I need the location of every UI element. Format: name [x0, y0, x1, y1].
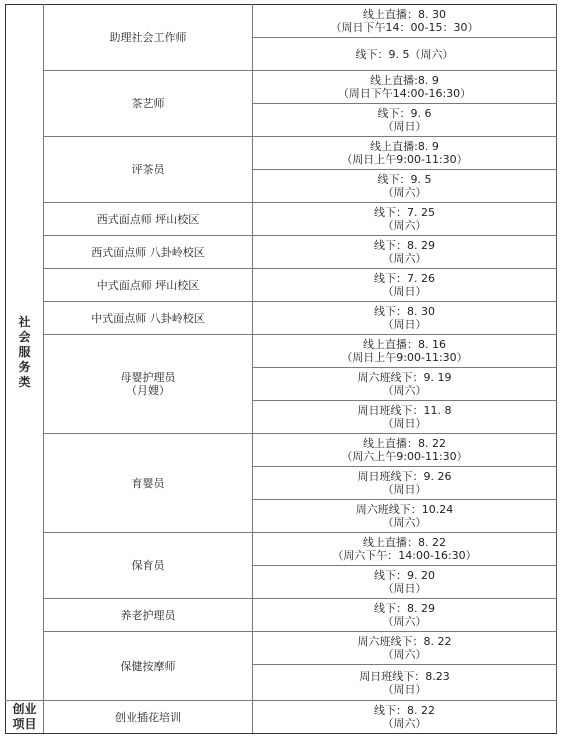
course-name: 保健按摩师 — [121, 660, 176, 673]
course-name-cell: 茶艺师 — [44, 71, 253, 137]
course-name-cell: 中式面点师 坪山校区 — [44, 269, 253, 302]
session-day: （周六） — [253, 516, 556, 529]
session-date: 周六班线下：10.24 — [253, 503, 556, 516]
session-time: （周六上午9:00-11:30） — [253, 450, 556, 463]
session-time: （周日上午9:00-11:30） — [253, 153, 556, 166]
session-time: （周日上午9:00-11:30） — [253, 351, 556, 364]
course-name: 西式面点师 坪山校区 — [97, 213, 200, 226]
session-day: （周日） — [253, 683, 556, 696]
course-name: 育婴员 — [132, 477, 165, 490]
session-cell: 线下：8. 29（周六） — [253, 236, 557, 269]
course-name: 西式面点师 八卦岭校区 — [91, 246, 205, 259]
session-date: 线下：9. 5（周六） — [253, 48, 556, 61]
session-cell: 线下：8. 22（周六） — [253, 701, 557, 734]
session-date: 线上直播：8. 30 — [253, 8, 556, 21]
course-name: 中式面点师 八卦岭校区 — [91, 312, 205, 325]
table-row: 保健按摩师 周六班线下：8. 22（周六） — [6, 632, 557, 665]
course-name-cell: 养老护理员 — [44, 599, 253, 632]
session-time: （周日下午14:00-16:30） — [253, 87, 556, 100]
session-date: 周六班线下：8. 22 — [253, 635, 556, 648]
session-day: （周六） — [253, 219, 556, 232]
course-name: 创业插花培训 — [115, 711, 181, 724]
session-day: （周六） — [253, 717, 556, 730]
course-name-cell: 保育员 — [44, 533, 253, 599]
session-date: 线上直播：8. 22 — [253, 437, 556, 450]
session-date: 周六班线下：9. 19 — [253, 371, 556, 384]
course-name-cell: 西式面点师 坪山校区 — [44, 203, 253, 236]
table-row: 西式面点师 坪山校区 线下：7. 25（周六） — [6, 203, 557, 236]
session-cell: 线上直播：8. 30（周日下午14：00-15：30） — [253, 5, 557, 38]
session-cell: 线上直播:8. 9（周日上午9:00-11:30） — [253, 137, 557, 170]
course-name-cell: 育婴员 — [44, 434, 253, 533]
session-date: 线下：8. 29 — [253, 602, 556, 615]
session-day: （周六） — [253, 252, 556, 265]
category-cell-entrepreneurship: 创业项目 — [6, 701, 44, 734]
session-date: 周日班线下：9. 26 — [253, 470, 556, 483]
session-day: （周六） — [253, 186, 556, 199]
category-label: 社会服务类 — [18, 315, 32, 390]
course-name: 母婴护理员 — [44, 371, 252, 384]
session-cell: 线下：8. 29（周六） — [253, 599, 557, 632]
session-cell: 线上直播:8. 9（周日下午14:00-16:30） — [253, 71, 557, 104]
category-label: 创业项目 — [12, 702, 38, 732]
table-row: 评茶员 线上直播:8. 9（周日上午9:00-11:30） — [6, 137, 557, 170]
course-name-note: （月嫂） — [44, 384, 252, 397]
table-row: 中式面点师 坪山校区 线下：7. 26（周日） — [6, 269, 557, 302]
table-row: 社会服务类 助理社会工作师 线上直播：8. 30（周日下午14：00-15：30… — [6, 5, 557, 38]
course-name-cell: 评茶员 — [44, 137, 253, 203]
session-cell: 线下：9. 20（周日） — [253, 566, 557, 599]
table-row: 育婴员 线上直播：8. 22（周六上午9:00-11:30） — [6, 434, 557, 467]
session-day: （周日） — [253, 417, 556, 430]
course-name-cell: 创业插花培训 — [44, 701, 253, 734]
session-cell: 线下：9. 6（周日） — [253, 104, 557, 137]
session-cell: 线下：7. 26（周日） — [253, 269, 557, 302]
schedule-table: 社会服务类 助理社会工作师 线上直播：8. 30（周日下午14：00-15：30… — [5, 4, 557, 734]
session-day: （周日） — [253, 318, 556, 331]
session-cell: 线下：7. 25（周六） — [253, 203, 557, 236]
session-day: （周日） — [253, 120, 556, 133]
session-date: 线上直播:8. 9 — [253, 74, 556, 87]
course-name-cell: 中式面点师 八卦岭校区 — [44, 302, 253, 335]
session-cell: 周日班线下：9. 26（周日） — [253, 467, 557, 500]
session-cell: 周六班线下：10.24（周六） — [253, 500, 557, 533]
session-date: 周日班线下：11. 8 — [253, 404, 556, 417]
course-name: 保育员 — [132, 559, 165, 572]
session-time: （周六下午：14:00-16:30） — [253, 549, 556, 562]
session-cell: 周日班线下：8.23（周日） — [253, 665, 557, 701]
session-cell: 周六班线下：9. 19（周六） — [253, 368, 557, 401]
session-date: 线下：8. 30 — [253, 305, 556, 318]
session-date: 线下：9. 20 — [253, 569, 556, 582]
session-date: 线上直播：8. 22 — [253, 536, 556, 549]
session-day: （周日） — [253, 483, 556, 496]
session-date: 线下：7. 26 — [253, 272, 556, 285]
session-date: 线上直播：8. 16 — [253, 338, 556, 351]
course-name-cell: 助理社会工作师 — [44, 5, 253, 71]
session-cell: 线上直播：8. 16（周日上午9:00-11:30） — [253, 335, 557, 368]
session-date: 周日班线下：8.23 — [253, 670, 556, 683]
category-cell-social-service: 社会服务类 — [6, 5, 44, 701]
session-cell: 线上直播：8. 22（周六下午：14:00-16:30） — [253, 533, 557, 566]
course-name: 评茶员 — [132, 163, 165, 176]
table-row: 保育员 线上直播：8. 22（周六下午：14:00-16:30） — [6, 533, 557, 566]
table-row: 茶艺师 线上直播:8. 9（周日下午14:00-16:30） — [6, 71, 557, 104]
session-day: （周六） — [253, 648, 556, 661]
course-name-cell: 西式面点师 八卦岭校区 — [44, 236, 253, 269]
course-name: 助理社会工作师 — [110, 31, 187, 44]
course-name: 中式面点师 坪山校区 — [97, 279, 200, 292]
session-day: （周日） — [253, 582, 556, 595]
course-name-cell: 母婴护理员（月嫂） — [44, 335, 253, 434]
course-name: 养老护理员 — [121, 609, 176, 622]
session-cell: 线下：9. 5（周六） — [253, 170, 557, 203]
session-date: 线下：7. 25 — [253, 206, 556, 219]
table-row: 创业项目 创业插花培训 线下：8. 22（周六） — [6, 701, 557, 734]
table-row: 母婴护理员（月嫂） 线上直播：8. 16（周日上午9:00-11:30） — [6, 335, 557, 368]
session-date: 线下：8. 22 — [253, 704, 556, 717]
session-day: （周日） — [253, 285, 556, 298]
session-date: 线下：9. 5 — [253, 173, 556, 186]
session-time: （周日下午14：00-15：30） — [253, 21, 556, 34]
session-date: 线上直播:8. 9 — [253, 140, 556, 153]
session-date: 线下：9. 6 — [253, 107, 556, 120]
session-date: 线下：8. 29 — [253, 239, 556, 252]
course-name-cell: 保健按摩师 — [44, 632, 253, 701]
session-cell: 周六班线下：8. 22（周六） — [253, 632, 557, 665]
session-cell: 线上直播：8. 22（周六上午9:00-11:30） — [253, 434, 557, 467]
session-day: （周六） — [253, 384, 556, 397]
session-cell: 线下：8. 30（周日） — [253, 302, 557, 335]
session-day: （周六） — [253, 615, 556, 628]
course-name: 茶艺师 — [132, 97, 165, 110]
table-row: 中式面点师 八卦岭校区 线下：8. 30（周日） — [6, 302, 557, 335]
table-row: 养老护理员 线下：8. 29（周六） — [6, 599, 557, 632]
session-cell: 周日班线下：11. 8（周日） — [253, 401, 557, 434]
session-cell: 线下：9. 5（周六） — [253, 38, 557, 71]
table-row: 西式面点师 八卦岭校区 线下：8. 29（周六） — [6, 236, 557, 269]
